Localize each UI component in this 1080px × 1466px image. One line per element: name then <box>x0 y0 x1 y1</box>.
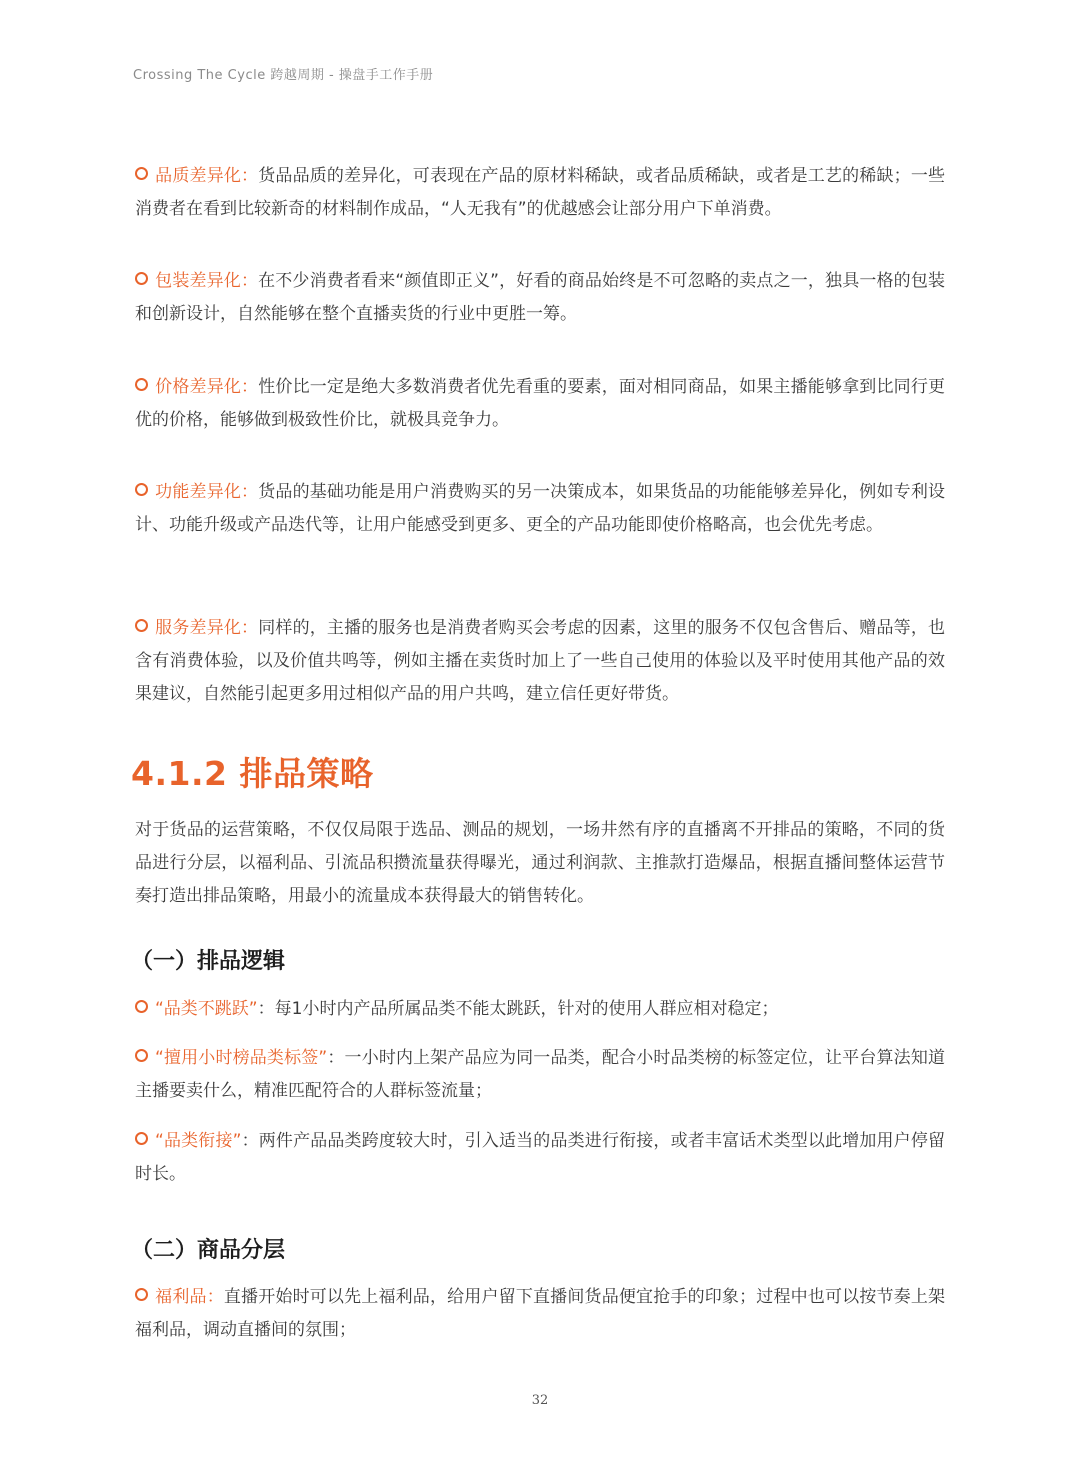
section-intro: 对于货品的运营策略，不仅仅局限于选品、测品的规划，一场井然有序的直播离不开排品的… <box>135 814 945 913</box>
page-number: 32 <box>0 1393 1080 1408</box>
circle-bullet-icon <box>135 378 148 391</box>
term-label: 服务差异化： <box>155 618 258 638</box>
section-heading: 4.1.2 排品策略 <box>131 748 373 795</box>
running-header: Crossing The Cycle 跨越周期 - 操盘手工作手册 <box>133 64 433 83</box>
circle-bullet-icon <box>135 1000 148 1013</box>
term-label: “擅用小时榜品类标签” <box>155 1048 327 1068</box>
circle-bullet-icon <box>135 619 148 632</box>
circle-bullet-icon <box>135 1132 148 1145</box>
circle-bullet-icon <box>135 1049 148 1062</box>
term-label: 价格差异化： <box>155 377 258 397</box>
differentiation-packaging: 包装差异化：在不少消费者看来“颜值即正义”，好看的商品始终是不可忽略的卖点之一，… <box>135 265 945 331</box>
circle-bullet-icon <box>135 1288 148 1301</box>
differentiation-price: 价格差异化：性价比一定是绝大多数消费者优先看重的要素，面对相同商品，如果主播能够… <box>135 371 945 437</box>
term-label: “品类衔接” <box>155 1131 241 1151</box>
term-label: 功能差异化： <box>155 482 258 502</box>
paragraph-text: 直播开始时可以先上福利品，给用户留下直播间货品便宜抢手的印象；过程中也可以按节奏… <box>135 1287 945 1340</box>
term-label: 品质差异化： <box>155 166 258 186</box>
term-label: “品类不跳跃” <box>155 999 258 1019</box>
logic-item: “擅用小时榜品类标签”：一小时内上架产品应为同一品类，配合小时品类榜的标签定位，… <box>135 1042 945 1108</box>
term-label: 福利品： <box>155 1287 224 1307</box>
circle-bullet-icon <box>135 272 148 285</box>
logic-item: “品类不跳跃”：每1小时内产品所属品类不能太跳跃，针对的使用人群应相对稳定； <box>135 993 945 1026</box>
paragraph-text: ：每1小时内产品所属品类不能太跳跃，针对的使用人群应相对稳定； <box>258 999 779 1019</box>
circle-bullet-icon <box>135 483 148 496</box>
subheading-logic: （一）排品逻辑 <box>131 944 285 975</box>
differentiation-function: 功能差异化：货品的基础功能是用户消费购买的另一决策成本，如果货品的功能能够差异化… <box>135 476 945 542</box>
circle-bullet-icon <box>135 167 148 180</box>
subheading-layering: （二）商品分层 <box>131 1233 285 1264</box>
layering-item: 福利品：直播开始时可以先上福利品，给用户留下直播间货品便宜抢手的印象；过程中也可… <box>135 1281 945 1347</box>
term-label: 包装差异化： <box>155 271 258 291</box>
paragraph-text: ：两件产品品类跨度较大时，引入适当的品类进行衔接，或者丰富话术类型以此增加用户停… <box>135 1131 945 1184</box>
differentiation-service: 服务差异化：同样的，主播的服务也是消费者购买会考虑的因素，这里的服务不仅包含售后… <box>135 612 945 711</box>
differentiation-quality: 品质差异化：货品品质的差异化，可表现在产品的原材料稀缺，或者品质稀缺，或者是工艺… <box>135 160 945 226</box>
logic-item: “品类衔接”：两件产品品类跨度较大时，引入适当的品类进行衔接，或者丰富话术类型以… <box>135 1125 945 1191</box>
